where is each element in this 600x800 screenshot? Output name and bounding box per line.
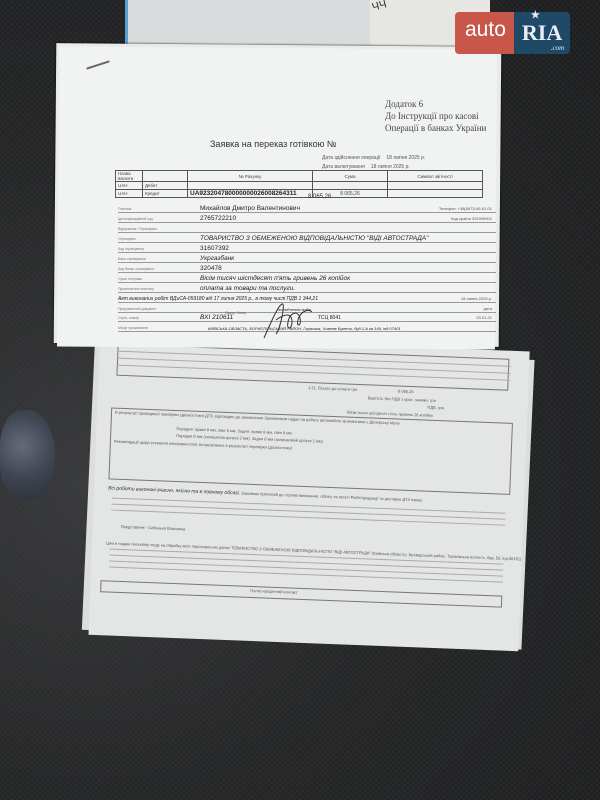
cell-type: Дебет	[143, 182, 188, 190]
field-label: Код банку отримувача	[118, 267, 154, 271]
signature-label: Підпис банку	[225, 311, 246, 315]
watermark-ria: ★ RIA .com	[514, 12, 570, 54]
appendix-line-1: Додаток 6	[385, 98, 486, 110]
total-amount: 8 065,26	[308, 194, 331, 200]
header-symbol: Символ звітності	[388, 171, 483, 182]
cell-symbol	[388, 190, 483, 198]
header-sum: Сума	[313, 171, 388, 182]
cell-sum	[313, 182, 388, 190]
vat-label: ПДВ, грн.	[427, 405, 445, 411]
table-row: UAH Кредит UA923204780000000026008264311…	[116, 190, 483, 198]
totals-value: 8 065,26	[398, 388, 414, 394]
warranty-bold: Всі роботи виконані вчасно, якісно та в …	[108, 485, 240, 496]
date-operation-value: 18 липня 2025 р.	[386, 154, 425, 163]
cell-account	[188, 182, 313, 190]
header-account: № Рахунку	[188, 171, 313, 182]
star-icon: ★	[531, 10, 540, 21]
field-right-value: Телефон: +38(067)145-51-01	[439, 206, 492, 211]
field-label: Місце проживання	[118, 326, 148, 330]
footer-box	[100, 580, 502, 607]
warranty-rest: Замовник претензій до строків виконання,…	[241, 491, 423, 503]
field-label: Платник	[118, 207, 131, 211]
field-right-value: Код країни 301995001	[451, 216, 492, 221]
cell-account: UA923204780000000026008264311	[188, 190, 313, 198]
field-value: Укргазбанк	[200, 255, 234, 262]
appendix-line-2: До Інструкції про касові	[385, 110, 486, 122]
table-header-row: Назва валюти № Рахунку Сума Символ звітн…	[116, 171, 483, 182]
field-label: Відправник / Отримувач	[118, 227, 157, 231]
cell-type: Кредит	[143, 190, 188, 198]
header-type	[143, 171, 188, 182]
field-label: Ідентифікаційний код	[118, 217, 153, 221]
no-vat-label: Вартість без ПДВ з урах. знижки, грн	[368, 395, 436, 403]
watermark-ria-text: RIA	[522, 20, 562, 45]
appendix-line-3: Операції в банках України	[385, 122, 486, 134]
watermark-auto: auto	[455, 12, 514, 54]
autoria-watermark: auto ★ RIA .com	[455, 12, 570, 54]
field-right-value: 20.01.21	[476, 315, 492, 320]
field-value: 2765722210	[200, 215, 236, 222]
date-operation-label: Дата здійснення операції	[322, 155, 380, 161]
field-label: Призначення платежу	[118, 287, 154, 291]
header-currency: Назва валюти	[116, 171, 143, 182]
field-right-value: 18 липня 2025 р.	[461, 296, 492, 301]
cell-currency: UAH	[116, 190, 143, 198]
table-row: UAH Дебет	[116, 182, 483, 190]
representative-note: Представник - Сибенько Власивна	[121, 524, 186, 531]
field-value: оплата за товари та послуги.	[200, 285, 295, 292]
watermark-com: .com	[551, 44, 564, 52]
field-label: Серія, номер	[118, 316, 139, 320]
field-value: 320478	[200, 265, 222, 272]
cell-currency: UAH	[116, 182, 143, 190]
field-label: Код отримувача	[118, 247, 144, 251]
plastic-bag	[0, 410, 55, 500]
background-paper	[125, 0, 378, 50]
lower-sheet: 1.21. Всього до сплати грн. 8 065,26 Вар…	[88, 335, 529, 651]
field-value: Михайлов Дмитро Валентинович	[200, 205, 300, 212]
field-label: Банк отримувача	[118, 257, 146, 261]
form-title: Заявка на переказ готівкою №	[210, 139, 337, 149]
totals-label: 1.21. Всього до сплати грн.	[308, 385, 358, 392]
field-value: ТОВАРИСТВО З ОБМЕЖЕНОЮ ВІДПОВІДАЛЬНІСТЮ …	[200, 235, 428, 242]
signature	[258, 300, 318, 340]
field-label: Отримувач	[118, 237, 136, 241]
accounts-table: Назва валюти № Рахунку Сума Символ звітн…	[115, 170, 483, 198]
field-value: ВХІ 210611	[200, 314, 233, 321]
field-label: Сума літерами	[118, 277, 142, 281]
appendix-header: Додаток 6 До Інструкції про касові Опера…	[385, 98, 486, 134]
field-value: Вісім тисяч шістдесят п'ять гривень 26 к…	[200, 275, 350, 282]
field-value: 31607392	[200, 245, 229, 252]
cell-symbol	[388, 182, 483, 190]
